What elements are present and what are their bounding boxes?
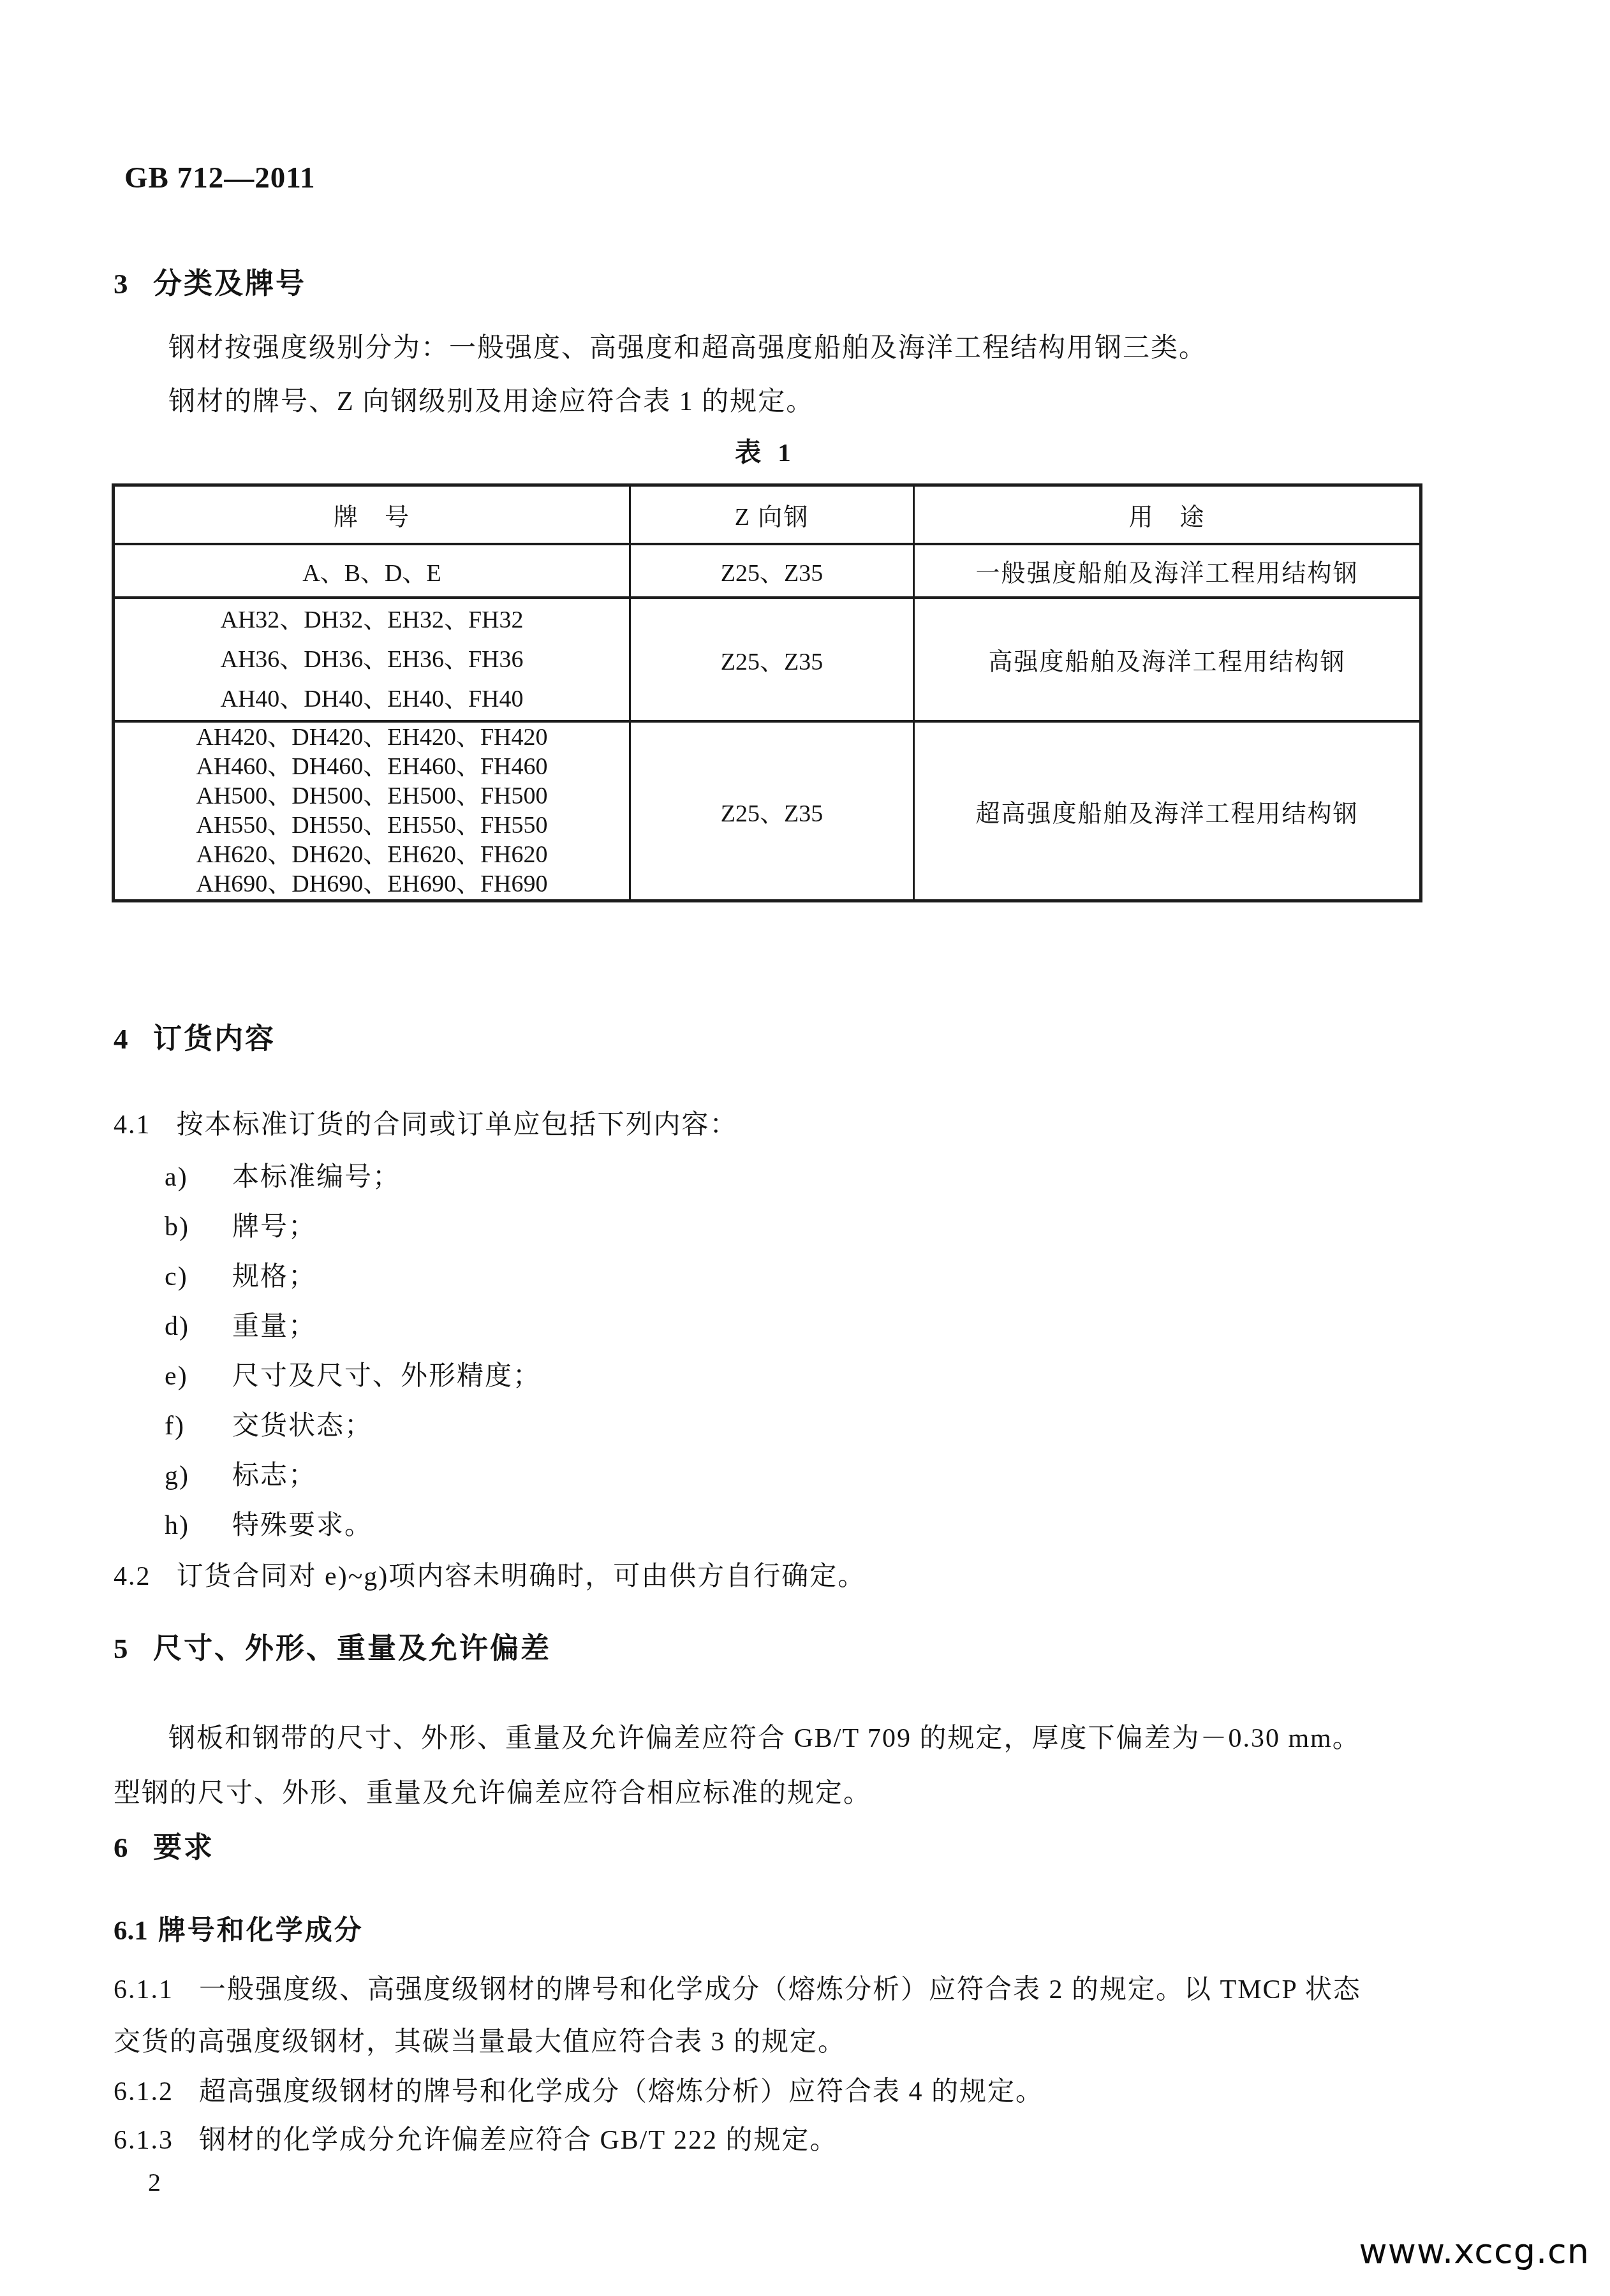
list-item: e)尺寸及尺寸、外形精度； bbox=[165, 1355, 541, 1393]
section-5-paragraph-2: 型钢的尺寸、外形、重量及允许偏差应符合相应标准的规定。 bbox=[114, 1772, 871, 1810]
list-letter: a) bbox=[165, 1162, 232, 1193]
grade-cell: AH32、DH32、EH32、FH32 AH36、DH36、EH36、FH36 … bbox=[114, 598, 630, 721]
list-letter: c) bbox=[165, 1262, 232, 1292]
list-item: b)牌号； bbox=[165, 1205, 316, 1244]
grade-line: AH550、DH550、EH550、FH550 bbox=[115, 811, 629, 840]
list-text: 标志； bbox=[232, 1461, 316, 1490]
table-header-use: 用 途 bbox=[914, 485, 1421, 544]
clause-6-1-3-text: 钢材的化学成分允许偏差应符合 GB/T 222 的规定。 bbox=[199, 2126, 838, 2155]
table-row: AH420、DH420、EH420、FH420 AH460、DH460、EH46… bbox=[114, 721, 1421, 901]
list-letter: h) bbox=[165, 1510, 232, 1541]
list-text: 尺寸及尺寸、外形精度； bbox=[232, 1362, 541, 1391]
list-letter: g) bbox=[165, 1461, 232, 1491]
clause-6-1-2-text: 超高强度级钢材的牌号和化学成分（熔炼分析）应符合表 4 的规定。 bbox=[199, 2077, 1044, 2107]
list-item: d)重量； bbox=[165, 1305, 316, 1343]
table-header-row: 牌 号 Z 向钢 用 途 bbox=[114, 485, 1421, 544]
section-6-heading: 6要求 bbox=[114, 1824, 214, 1865]
clause-6-1-3: 6.1.3钢材的化学成分允许偏差应符合 GB/T 222 的规定。 bbox=[114, 2119, 838, 2157]
grade-line: AH500、DH500、EH500、FH500 bbox=[115, 781, 629, 811]
grade-line: AH32、DH32、EH32、FH32 bbox=[115, 600, 629, 640]
table-header-z-steel: Z 向钢 bbox=[630, 485, 914, 544]
list-text: 牌号； bbox=[232, 1212, 316, 1242]
list-item: h)特殊要求。 bbox=[165, 1504, 373, 1542]
document-page: GB 712—2011 3分类及牌号 钢材按强度级别分为：一般强度、高强度和超高… bbox=[0, 0, 1610, 2296]
section-5-number: 5 bbox=[114, 1632, 143, 1665]
clause-6-1-1-line-2: 交货的高强度级钢材，其碳当量最大值应符合表 3 的规定。 bbox=[114, 2020, 846, 2059]
z-steel-cell: Z25、Z35 bbox=[630, 544, 914, 598]
use-cell: 高强度船舶及海洋工程用结构钢 bbox=[914, 598, 1421, 721]
clause-6-1-1-text: 一般强度级、高强度级钢材的牌号和化学成分（熔炼分析）应符合表 2 的规定。以 T… bbox=[199, 1975, 1361, 2005]
list-text: 重量； bbox=[232, 1312, 316, 1341]
list-letter: f) bbox=[165, 1411, 232, 1441]
grade-line: AH36、DH36、EH36、FH36 bbox=[115, 640, 629, 679]
clause-6-1-title: 牌号和化学成分 bbox=[158, 1916, 364, 1946]
standard-number-header: GB 712—2011 bbox=[124, 161, 316, 195]
list-item: c)规格； bbox=[165, 1255, 316, 1293]
clause-6-1-1-line-1: 6.1.1一般强度级、高强度级钢材的牌号和化学成分（熔炼分析）应符合表 2 的规… bbox=[114, 1968, 1361, 2006]
use-cell: 超高强度船舶及海洋工程用结构钢 bbox=[914, 721, 1421, 901]
grade-line: AH420、DH420、EH420、FH420 bbox=[115, 723, 629, 752]
clause-4-1-text: 按本标准订货的合同或订单应包括下列内容： bbox=[177, 1110, 738, 1140]
clause-4-2-text: 订货合同对 e)~g)项内容未明确时，可由供方自行确定。 bbox=[177, 1562, 866, 1591]
section-6-title: 要求 bbox=[153, 1832, 214, 1864]
section-3-title: 分类及牌号 bbox=[153, 268, 306, 300]
section-3-number: 3 bbox=[114, 267, 143, 300]
list-letter: b) bbox=[165, 1212, 232, 1242]
list-letter: e) bbox=[165, 1361, 232, 1392]
list-item: a)本标准编号； bbox=[165, 1156, 401, 1194]
use-cell: 一般强度船舶及海洋工程用结构钢 bbox=[914, 544, 1421, 598]
section-4-heading: 4订货内容 bbox=[114, 1015, 276, 1057]
section-5-title: 尺寸、外形、重量及允许偏差 bbox=[153, 1633, 551, 1665]
clause-6-1-2-label: 6.1.2 bbox=[114, 2077, 174, 2107]
grade-line: AH460、DH460、EH460、FH460 bbox=[115, 752, 629, 781]
list-text: 规格； bbox=[232, 1262, 316, 1291]
clause-4-2-label: 4.2 bbox=[114, 1561, 151, 1592]
list-text: 本标准编号； bbox=[232, 1163, 401, 1192]
section-4-title: 订货内容 bbox=[153, 1023, 276, 1055]
clause-6-1-1-label: 6.1.1 bbox=[114, 1975, 174, 2005]
clause-6-1-label: 6.1 bbox=[114, 1916, 148, 1946]
grade-cell: A、B、D、E bbox=[114, 544, 630, 598]
table-row: AH32、DH32、EH32、FH32 AH36、DH36、EH36、FH36 … bbox=[114, 598, 1421, 721]
clause-4-2: 4.2订货合同对 e)~g)项内容未明确时，可由供方自行确定。 bbox=[114, 1555, 866, 1593]
table-1-caption: 表 1 bbox=[112, 431, 1419, 469]
table-1: 牌 号 Z 向钢 用 途 A、B、D、E Z25、Z35 一般强度船舶及海洋工程… bbox=[112, 483, 1422, 902]
grade-cell: AH420、DH420、EH420、FH420 AH460、DH460、EH46… bbox=[114, 721, 630, 901]
list-text: 交货状态； bbox=[232, 1411, 373, 1441]
clause-4-1: 4.1按本标准订货的合同或订单应包括下列内容： bbox=[114, 1103, 738, 1142]
grade-line: AH40、DH40、EH40、FH40 bbox=[115, 679, 629, 719]
clause-6-1-3-label: 6.1.3 bbox=[114, 2125, 174, 2156]
table-header-grade: 牌 号 bbox=[114, 485, 630, 544]
section-3-heading: 3分类及牌号 bbox=[114, 260, 306, 302]
clause-4-1-label: 4.1 bbox=[114, 1110, 151, 1140]
clause-6-1-2: 6.1.2超高强度级钢材的牌号和化学成分（熔炼分析）应符合表 4 的规定。 bbox=[114, 2070, 1044, 2108]
section-3-paragraph-2: 钢材的牌号、Z 向钢级别及用途应符合表 1 的规定。 bbox=[168, 380, 814, 418]
watermark-url: www.xccg.cn bbox=[1359, 2231, 1590, 2271]
clause-6-1-heading: 6.1牌号和化学成分 bbox=[114, 1909, 364, 1948]
section-3-paragraph-1: 钢材按强度级别分为：一般强度、高强度和超高强度船舶及海洋工程结构用钢三类。 bbox=[168, 327, 1207, 365]
section-6-number: 6 bbox=[114, 1831, 143, 1864]
list-letter: d) bbox=[165, 1311, 232, 1342]
section-5-heading: 5尺寸、外形、重量及允许偏差 bbox=[114, 1625, 551, 1667]
section-4-number: 4 bbox=[114, 1022, 143, 1056]
grade-line: AH620、DH620、EH620、FH620 bbox=[115, 840, 629, 869]
table-row: A、B、D、E Z25、Z35 一般强度船舶及海洋工程用结构钢 bbox=[114, 544, 1421, 598]
section-5-paragraph-1: 钢板和钢带的尺寸、外形、重量及允许偏差应符合 GB/T 709 的规定，厚度下偏… bbox=[168, 1717, 1361, 1755]
list-item: g)标志； bbox=[165, 1454, 316, 1492]
list-item: f)交货状态； bbox=[165, 1404, 373, 1443]
list-text: 特殊要求。 bbox=[232, 1511, 373, 1540]
grade-line: AH690、DH690、EH690、FH690 bbox=[115, 869, 629, 899]
page-number: 2 bbox=[148, 2167, 161, 2197]
z-steel-cell: Z25、Z35 bbox=[630, 721, 914, 901]
z-steel-cell: Z25、Z35 bbox=[630, 598, 914, 721]
